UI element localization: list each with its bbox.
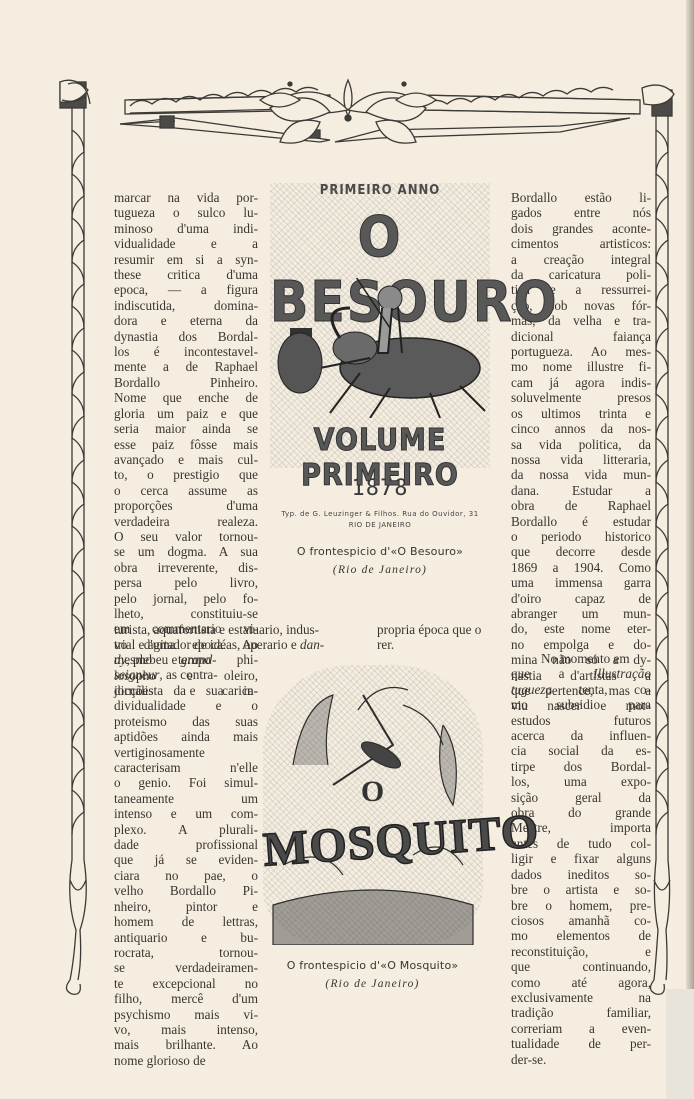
italic-word: Illustração — [593, 666, 651, 681]
text-line: gados entre nós — [511, 205, 651, 220]
text-line: minoso d'uma indi- — [114, 221, 258, 236]
text-line: como até agora, — [511, 975, 651, 990]
italic-word: grand- — [181, 652, 217, 667]
text-line: o genio. Foi simul- — [114, 775, 258, 790]
besouro-engraving: PRIMEIRO ANNO O BESOURO VOLUME PRIMEIRO — [270, 183, 490, 468]
text-fragment: que a — [511, 666, 593, 681]
spanning-line: seigneur, as contra- — [114, 667, 218, 682]
text-line: obra de Raphael — [511, 498, 651, 513]
text-line: aptidões ainda mais — [114, 729, 258, 744]
text-line: cia social da es- — [511, 743, 651, 758]
text-line: cam já agora indis- — [511, 375, 651, 390]
text-line: indiscutida, domina- — [114, 298, 258, 313]
text-line: nossa vida litteraria, — [511, 452, 651, 467]
imprint-line: Typ. de G. Leuzinger & Filhos. Rua do Ou… — [262, 509, 498, 520]
text-line: homem de lettras, — [114, 914, 258, 929]
text-line: verdadeira realeza. — [114, 514, 258, 529]
paragraph-start: No momento em — [511, 651, 651, 666]
text-line: dade profissional — [114, 837, 258, 852]
text-line: mo subsidio para — [511, 697, 651, 712]
text-line: Bordallo estão li- — [511, 190, 651, 205]
text-line: proteismo das suas — [114, 714, 258, 729]
spanning-line: dy, plebeu e grand- — [114, 652, 217, 667]
text-line: esse paiz fôsse mais — [114, 437, 258, 452]
text-line: gloria um paiz e que — [114, 406, 258, 421]
text-line: resumir em si a syn- — [114, 252, 258, 267]
figure-caption-location: (Rio de Janeiro) — [262, 564, 498, 576]
text-line: epoca, — a figura — [114, 282, 258, 297]
text-line: dois grandes aconte- — [511, 221, 651, 236]
text-line: acerca da influen- — [511, 728, 651, 743]
text-line: dicções da sua in- — [114, 683, 258, 698]
text-line: filho, mercê d'um — [114, 991, 258, 1006]
text-line: uma immensa garra — [511, 575, 651, 590]
text-line: dora e eterna da — [114, 313, 258, 328]
text-line: tualidade de per- — [511, 1036, 651, 1051]
text-line: cimentos artisticos: — [511, 236, 651, 251]
text-line: rer. — [377, 637, 394, 652]
text-line: mente a de Raphael — [114, 359, 258, 374]
text-line: que decorre desde — [511, 544, 651, 559]
text-line: mo elementos de — [511, 928, 651, 943]
text-line: tugueza tenta, co- — [511, 682, 651, 697]
text-line: do, este nome eter- — [511, 621, 651, 636]
right-column-bottom-text: No momento em que a Illustração tugueza … — [511, 651, 651, 1067]
text-line: o cerca assume as — [114, 483, 258, 498]
figure-mosquito: O MOSQUITO O frontespicio d'«O Mosquito»… — [245, 665, 500, 990]
text-line: soluvelmente presos — [511, 390, 651, 405]
text-line: lheto, constituiu-se — [114, 606, 258, 621]
text-line: dana. Estudar a — [511, 483, 651, 498]
figure-caption: O frontespicio d'«O Besouro» — [262, 545, 498, 558]
text-line: dados ineditos so- — [511, 867, 651, 882]
left-column-bottom-text: dicções da sua in- dividualidade e o pro… — [114, 683, 258, 1068]
text-line: intenso e um com- — [114, 806, 258, 821]
text-line: sa vida politica, da — [511, 437, 651, 452]
text-line: tradição familiar, — [511, 1005, 651, 1020]
text-line: ciara no pae, o — [114, 868, 258, 883]
text-line: rocrata, tornou- — [114, 945, 258, 960]
right-column-text: Bordallo estão li- gados entre nós dois … — [511, 190, 651, 714]
text-line: nheiro, pintor e — [114, 899, 258, 914]
text-line: reconstituição, e — [511, 944, 651, 959]
mosquito-engraving: O MOSQUITO — [263, 665, 483, 945]
text-line: antiquario e bu- — [114, 930, 258, 945]
text-line: bre o artista e so- — [511, 882, 651, 897]
text-line: psychismo mais vi- — [114, 1007, 258, 1022]
text-line: obra irreverente, dis- — [114, 560, 258, 575]
text-line: Bordallo é estudar — [511, 514, 651, 529]
text-line: taneamente um — [114, 791, 258, 806]
imprint-city: RIO DE JANEIRO — [262, 520, 498, 531]
text-line: avançado e mais cul- — [114, 452, 258, 467]
figure-caption: O frontespicio d'«O Mosquito» — [245, 959, 500, 972]
text-line: dynastia dos Bordal- — [114, 329, 258, 344]
text-line: te excepcional no — [114, 976, 258, 991]
text-line: caracterisam n'elle — [114, 760, 258, 775]
text-line: estudos futuros — [511, 713, 651, 728]
text-line: o periodo historico — [511, 529, 651, 544]
text-line: d'oiro capaz de — [511, 591, 651, 606]
text-line: bre o homem, pre- — [511, 898, 651, 913]
spanning-line-right: rer. — [377, 637, 394, 652]
text-line: to, o prestigio que — [114, 467, 258, 482]
italic-word: dan- — [300, 637, 324, 652]
text-line: tirpe dos Bordal- — [511, 759, 651, 774]
text-line: mais brilhante. Ao — [114, 1037, 258, 1052]
text-line: Nome que enche de — [114, 390, 258, 405]
text-line: plexo. A plurali- — [114, 822, 258, 837]
text-line: turista, aquafortista e estatuario, indu… — [114, 622, 319, 637]
figure-caption-location: (Rio de Janeiro) — [245, 978, 500, 990]
text-line: seria maior ainda se — [114, 421, 258, 436]
text-line: exclusivamente na — [511, 990, 651, 1005]
text-line: pelo jornal, pelo fo- — [114, 591, 258, 606]
text-line: los é incontestavel- — [114, 344, 258, 359]
text-line: nome glorioso de — [114, 1053, 258, 1068]
figure-besouro: PRIMEIRO ANNO O BESOURO VOLUME PRIMEIRO … — [262, 183, 498, 576]
text-line: propria época que o — [377, 622, 481, 637]
spanning-line: turista, aquafortista e estatuario, indu… — [114, 622, 319, 637]
text-line: , as contra- — [159, 667, 217, 682]
text-line: os ultimos trinta e — [511, 406, 651, 421]
text-line: los, uma expo- — [511, 774, 651, 789]
text-line: a creação integral — [511, 252, 651, 267]
text-line: abranger um mun- — [511, 606, 651, 621]
text-line: vertiginosamente — [114, 745, 258, 760]
text-line: vidualidade e a — [114, 236, 258, 251]
text-line: se um dogma. A sua — [114, 544, 258, 559]
text-line: these critica d'uma — [114, 267, 258, 282]
italic-word: tugueza — [511, 682, 552, 697]
beetle-illustration-icon — [270, 278, 490, 418]
italic-word: seigneur — [114, 667, 159, 682]
text-line: dividualidade e o — [114, 698, 258, 713]
text-line: der-se. — [511, 1052, 651, 1067]
text-line: que já se eviden- — [114, 852, 258, 867]
text-line: correriam a even- — [511, 1021, 651, 1036]
text-line: velho Bordallo Pi- — [114, 883, 258, 898]
text-line: cinco annos da nos- — [511, 421, 651, 436]
italic-word: dy — [114, 652, 126, 667]
spanning-line: trial e agitador de idéas, operario e da… — [114, 637, 324, 652]
printer-imprint: Typ. de G. Leuzinger & Filhos. Rua do Ou… — [262, 509, 498, 531]
text-line: persa pelo livro, — [114, 575, 258, 590]
text-fragment: tenta, co- — [552, 682, 651, 697]
text-line: tugueza o sulco lu- — [114, 205, 258, 220]
text-line: sição geral da — [511, 790, 651, 805]
text-line: que a Illustração — [511, 666, 651, 681]
engraving-volume: VOLUME PRIMEIRO — [270, 423, 490, 493]
text-line: da nossa vida mun- — [511, 467, 651, 482]
text-line: mo nome illustre fi- — [511, 359, 651, 374]
text-line: ciosos amanhã co- — [511, 913, 651, 928]
text-line: 1869 a 1904. Como — [511, 560, 651, 575]
text-line: , plebeu e — [126, 652, 180, 667]
text-line: no empolga e do- — [511, 637, 651, 652]
text-line: Bordallo Pinheiro. — [114, 375, 258, 390]
text-line: proporções d'uma — [114, 498, 258, 513]
spanning-line-right: propria época que o — [377, 622, 481, 637]
text-line: O seu valor tornou- — [114, 529, 258, 544]
engraving-article: O — [263, 775, 483, 809]
text-line: se verdadeiramen- — [114, 960, 258, 975]
text-line: que continuando, — [511, 959, 651, 974]
text-line: trial e agitador de idéas, operario e — [114, 637, 300, 652]
text-line: vo, mais intenso, — [114, 1022, 258, 1037]
engraving-subtitle: PRIMEIRO ANNO — [270, 183, 490, 198]
text-line: marcar na vida por- — [114, 190, 258, 205]
text-line: portugueza. Ao mes- — [511, 344, 651, 359]
